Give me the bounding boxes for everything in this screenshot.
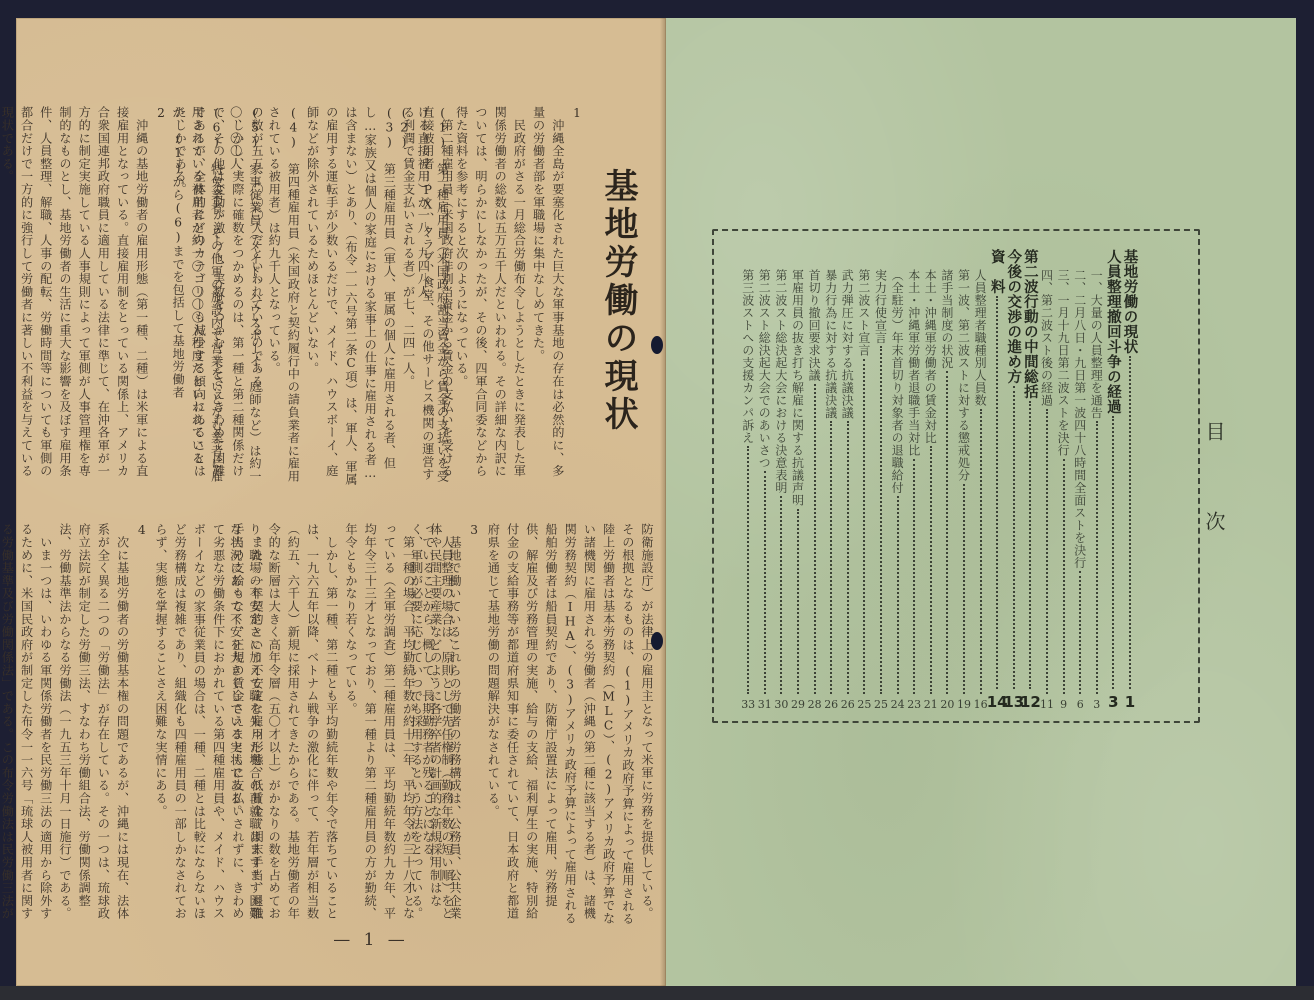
toc-entry[interactable]: 暴力行為に対する抗議決議26: [823, 269, 839, 711]
left-page: 基地労働の現状 1 沖縄全島が要塞化された巨大な軍事基地の存在は必然的に、多量の…: [16, 18, 666, 986]
dot-leader: [1063, 459, 1065, 695]
toc-entry-page: 28: [808, 698, 822, 711]
toc-entry-label: 諸手当制度の状況: [939, 269, 956, 369]
dot-leader: [913, 459, 915, 695]
toc-entry[interactable]: （全駐労）年末首切り対象者の退職給付24: [890, 269, 906, 711]
dot-leader: [863, 359, 865, 695]
text-block-section-3: 防衛施設庁）が法律上の雇用主となって米軍に労務を提供している。その根拠となるもの…: [456, 523, 656, 928]
toc-entry-label: 第二波スト宣言: [856, 269, 873, 357]
toc-entry[interactable]: 実力行使宣言25: [873, 269, 889, 711]
dot-leader: [847, 421, 849, 694]
text-block-personnel: 人員整理の場合は、原則として先任権制（勤務年数の短い順）をとっていることから、概…: [266, 523, 456, 928]
toc-entry-page: 11: [1040, 698, 1054, 711]
toc-entry-page: 33: [741, 698, 755, 711]
text-block-section-1: 1 沖縄全島が要塞化された巨大な軍事基地の存在は必然的に、多量の労働者部を軍職場…: [456, 106, 586, 486]
toc-entry-label: 軍雇用員の抜き打ち解雇に関する抗議声明: [790, 269, 807, 507]
toc-entry-page: 3: [1108, 693, 1118, 711]
dot-leader: [1129, 356, 1131, 689]
toc-entry-page: 6: [1077, 698, 1084, 711]
toc-entry[interactable]: 人員整理撤回斗争の経過3: [1105, 249, 1121, 711]
right-page: 目次 基地労働の現状1人員整理撤回斗争の経過3一、大量の人員整理を通告3二、二月…: [666, 18, 1296, 986]
toc-entry[interactable]: 第二波スト宣言25: [856, 269, 872, 711]
toc-entry[interactable]: 首切り撤回要求決議28: [807, 269, 823, 711]
toc-entry[interactable]: 四、第二波スト後の経過11: [1039, 269, 1055, 711]
dot-leader: [880, 346, 882, 694]
dot-leader: [963, 484, 965, 695]
toc-entry-label: 一、大量の人員整理を通告: [1088, 269, 1105, 419]
table-of-contents: 目次 基地労働の現状1人員整理撤回斗争の経過3一、大量の人員整理を通告3二、二月…: [712, 229, 1200, 723]
toc-entry-page: 20: [940, 698, 954, 711]
toc-entry[interactable]: 人員整理者職種別人員数16: [973, 269, 989, 711]
toc-entry-page: 23: [907, 698, 921, 711]
toc-entry[interactable]: 基地労働の現状1: [1122, 249, 1138, 711]
toc-entry-page: 31: [758, 698, 772, 711]
toc-heading: 目次: [1200, 421, 1229, 721]
toc-entry-page: 25: [857, 698, 871, 711]
dot-leader: [814, 384, 816, 695]
toc-entry-page: 3: [1093, 698, 1100, 711]
toc-entry-page: 21: [924, 698, 938, 711]
dot-leader: [1079, 571, 1081, 694]
dot-leader: [747, 446, 749, 694]
toc-entry-label: 第一波、第二波ストに対する懲戒処分: [956, 269, 973, 482]
toc-entry[interactable]: 一、大量の人員整理を通告3: [1089, 269, 1105, 711]
toc-entry[interactable]: 第二波スト総決起大会における決意表明30: [773, 269, 789, 711]
dot-leader: [897, 496, 899, 694]
toc-entry-page: 9: [1060, 698, 1067, 711]
dot-leader: [1096, 421, 1098, 694]
page-number: — 1 —: [326, 930, 416, 950]
toc-entry-label: 本土・沖縄軍労働者退職手当対比: [906, 269, 923, 457]
toc-entry-label: 第二波スト総決起大会でのあいさつ: [756, 269, 773, 469]
toc-entry-label: （全駐労）年末首切り対象者の退職給付: [889, 269, 906, 494]
toc-entry[interactable]: 諸手当制度の状況20: [939, 269, 955, 711]
dot-leader: [780, 496, 782, 694]
dot-leader: [1112, 416, 1114, 689]
scanner-bottom-edge: [0, 986, 1314, 1000]
toc-entry-label: 本土・沖縄軍労働者の賃金対比: [922, 269, 939, 444]
toc-entry-label: 人員整理者職種別人員数: [972, 269, 989, 407]
toc-entry-page: 1: [1125, 693, 1135, 711]
toc-entry-page: 26: [841, 698, 855, 711]
dot-leader: [797, 509, 799, 695]
dot-leader: [980, 409, 982, 695]
toc-entry-label: 武力弾圧に対する抗議決議: [839, 269, 856, 419]
toc-entry-label: 第二波スト総決起大会における決意表明: [773, 269, 790, 494]
toc-entry-page: 14: [987, 693, 1008, 711]
text-block-section-2: の数が五五、〇〇〇人だといわれているのである。 しかし、実際に確数をつかめるのは…: [74, 106, 266, 486]
toc-entry[interactable]: 今後の交渉の進め方13: [1006, 249, 1022, 711]
dot-leader: [996, 296, 998, 689]
toc-entry-label: 三、一月十九日第二波ストを決行: [1055, 269, 1072, 457]
toc-entry[interactable]: 武力弾圧に対する抗議決議26: [840, 269, 856, 711]
dot-leader: [764, 471, 766, 694]
toc-entry[interactable]: 第三波ストへの支援カンパ訴え33: [740, 269, 756, 711]
toc-entry[interactable]: 第一波、第二波ストに対する懲戒処分19: [956, 269, 972, 711]
toc-entry[interactable]: 二、二月八日・九日第一波四十八時間全面ストを決行6: [1072, 269, 1088, 711]
dot-leader: [1029, 401, 1031, 689]
dot-leader: [1046, 409, 1048, 695]
dot-leader: [1013, 386, 1015, 689]
toc-entry-page: 24: [891, 698, 905, 711]
toc-entry-page: 16: [974, 698, 988, 711]
binding-hole-top: [651, 336, 663, 354]
toc-entry[interactable]: 軍雇用員の抜き打ち解雇に関する抗議声明29: [790, 269, 806, 711]
toc-entry-label: 暴力行為に対する抗議決議: [823, 269, 840, 419]
toc-entry[interactable]: 本土・沖縄軍労働者退職手当対比23: [906, 269, 922, 711]
toc-entry-page: 29: [791, 698, 805, 711]
toc-entry-label: 人員整理撤回斗争の経過: [1103, 249, 1124, 414]
toc-entry-page: 30: [774, 698, 788, 711]
toc-entry-label: 首切り撤回要求決議: [806, 269, 823, 382]
toc-entry-page: 19: [957, 698, 971, 711]
toc-entry-label: 四、第二波スト後の経過: [1039, 269, 1056, 407]
toc-entry[interactable]: 三、一月十九日第二波ストを決行9: [1056, 269, 1072, 711]
text-block-employee-categories: 第二種雇用員（米国政府非割当資金から賃金の支払いを受ける直接被用者ーPX、クラブ…: [266, 106, 456, 486]
text-block-section-4: また、一年契約という不安定な雇用形態、低賃金、期末手当、退職手当の支給もなく、正…: [74, 523, 266, 928]
toc-entry-label: 二、二月八日・九日第一波四十八時間全面ストを決行: [1072, 269, 1089, 569]
dot-leader: [830, 421, 832, 694]
toc-entry-label: 実力行使宣言: [873, 269, 890, 344]
dot-leader: [946, 371, 948, 694]
binding-hole-bottom: [651, 632, 663, 650]
toc-entry[interactable]: 第二波スト総決起大会でのあいさつ31: [757, 269, 773, 711]
toc-entry-label: 第三波ストへの支援カンパ訴え: [740, 269, 757, 444]
toc-entry-page: 25: [874, 698, 888, 711]
toc-entry[interactable]: 本土・沖縄軍労働者の賃金対比21: [923, 269, 939, 711]
dot-leader: [930, 446, 932, 694]
article-title: 基地労働の現状: [594, 168, 643, 528]
toc-entry[interactable]: 資 料14: [989, 249, 1005, 711]
toc-entry-label: 資 料: [987, 249, 1008, 294]
toc-entry[interactable]: 第二波行動の中間総括12: [1022, 249, 1038, 711]
toc-entry-page: 26: [824, 698, 838, 711]
